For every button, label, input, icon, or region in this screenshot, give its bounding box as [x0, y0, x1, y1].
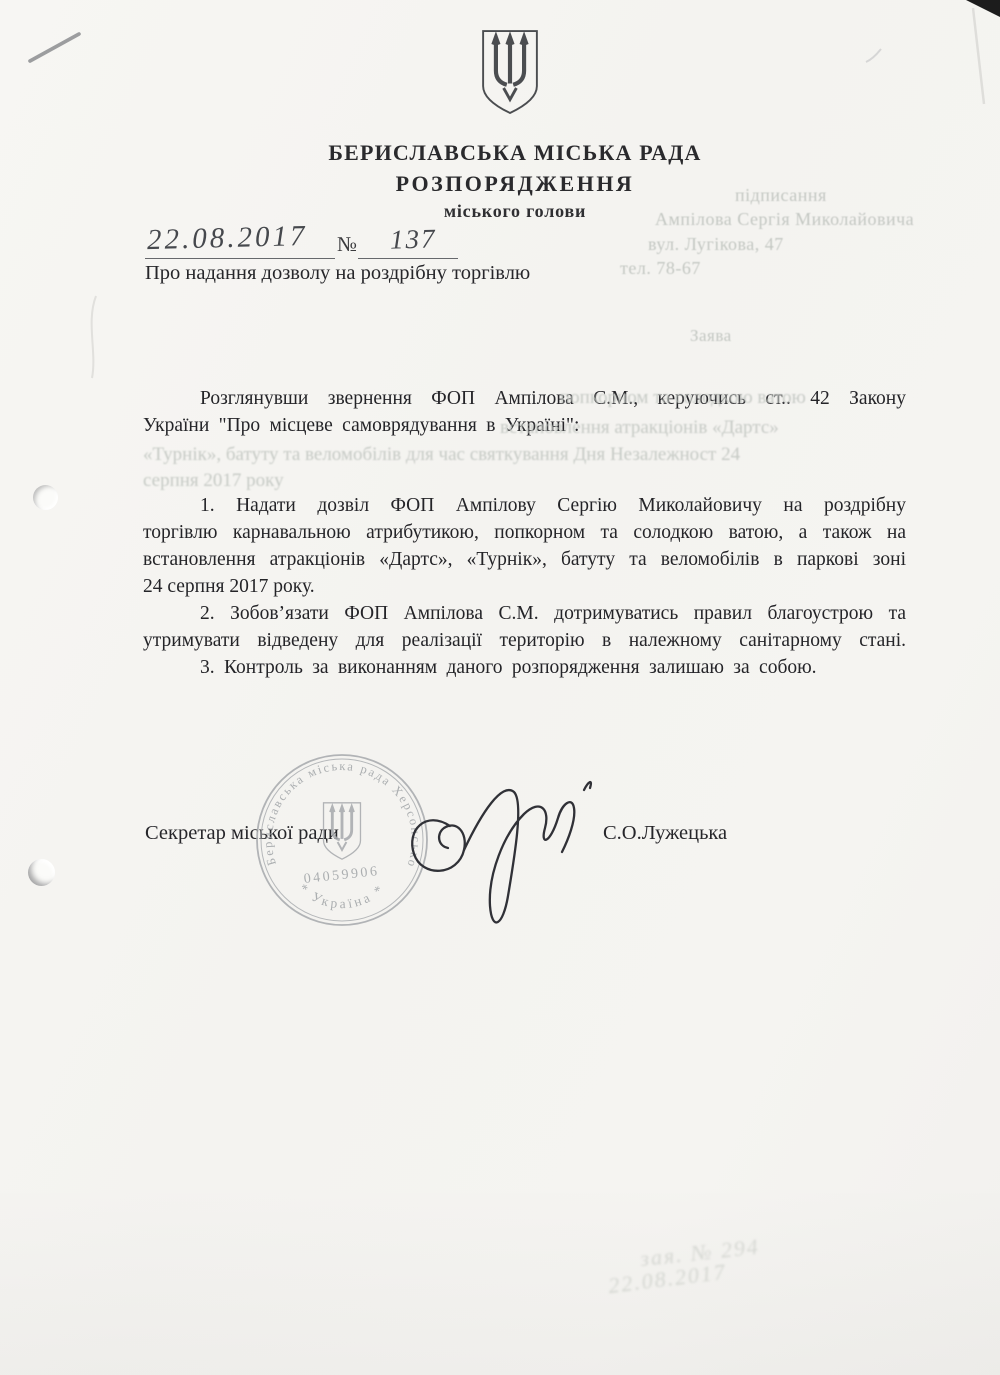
body-line: 24 серпня 2017 року. — [143, 573, 906, 600]
handwritten-date: 22.08.2017 — [147, 220, 308, 257]
faint-check-mark — [866, 49, 881, 62]
number-sign: № — [337, 232, 357, 257]
organization-name: БЕРИСЛАВСЬКА МІСЬКА РАДА — [15, 140, 1000, 166]
bleedthrough-text: попкорном та солодкою ватою — [560, 387, 806, 409]
body-line: 3. Контроль за виконанням даного розпоря… — [143, 654, 906, 681]
signer-name: С.О.Лужецька — [603, 822, 727, 845]
faint-smudge — [92, 296, 96, 378]
body-line: торгівлю карнавальною атрибутикою, попко… — [143, 519, 906, 546]
scanned-document-page: { "header": { "emblem": "ukraine-trident… — [0, 0, 1000, 1375]
handwritten-number: 137 — [390, 223, 437, 255]
bleedthrough-text: Ампілова Сергія Миколайовича — [655, 209, 914, 230]
document-type-title: РОЗПОРЯДЖЕННЯ — [15, 171, 1000, 197]
bleedthrough-text: підписання — [735, 185, 827, 206]
ukraine-trident-icon — [478, 27, 542, 117]
stamp-code: 04059906 — [303, 864, 380, 887]
scan-corner-fold — [966, 0, 1000, 17]
bleedthrough-text: Заява — [690, 326, 732, 346]
number-underline — [358, 258, 458, 259]
svg-text:* Україна *: * Україна * — [296, 881, 388, 912]
handwritten-signature — [398, 748, 598, 943]
bleedthrough-text: вул. Лугікова, 47 — [648, 234, 784, 255]
document-subject: Про надання дозволу на роздрібну торгівл… — [145, 262, 530, 285]
bleedthrough-text: «Турнік», батуту та веломобілів для час … — [143, 444, 740, 466]
body-line: утримувати відведену для реалізації тери… — [143, 627, 906, 654]
bleedthrough-text: тел. 78-67 — [620, 258, 701, 279]
body-line: 1. Надати дозвіл ФОП Ампілову Сергію Мик… — [143, 492, 906, 519]
bleedthrough-text: серпня 2017 року — [143, 470, 284, 492]
date-number-line: 22.08.2017 № 137 — [145, 224, 575, 264]
body-line: встановлення атракціонів «Дартс», «Турні… — [143, 546, 906, 573]
hole-punch — [33, 485, 58, 510]
date-underline — [145, 258, 335, 259]
pen-stroke-mark — [30, 34, 79, 61]
scan-shadow — [0, 1180, 1000, 1375]
page-edge-line — [973, 8, 984, 104]
stamp-bottom-text: * Україна * — [296, 881, 388, 912]
hole-punch — [28, 859, 55, 886]
bleedthrough-text: встановлення атракціонів «Дартс» — [500, 417, 779, 439]
body-line: 2. Зобов’язати ФОП Ампілова С.М. дотриму… — [143, 600, 906, 627]
